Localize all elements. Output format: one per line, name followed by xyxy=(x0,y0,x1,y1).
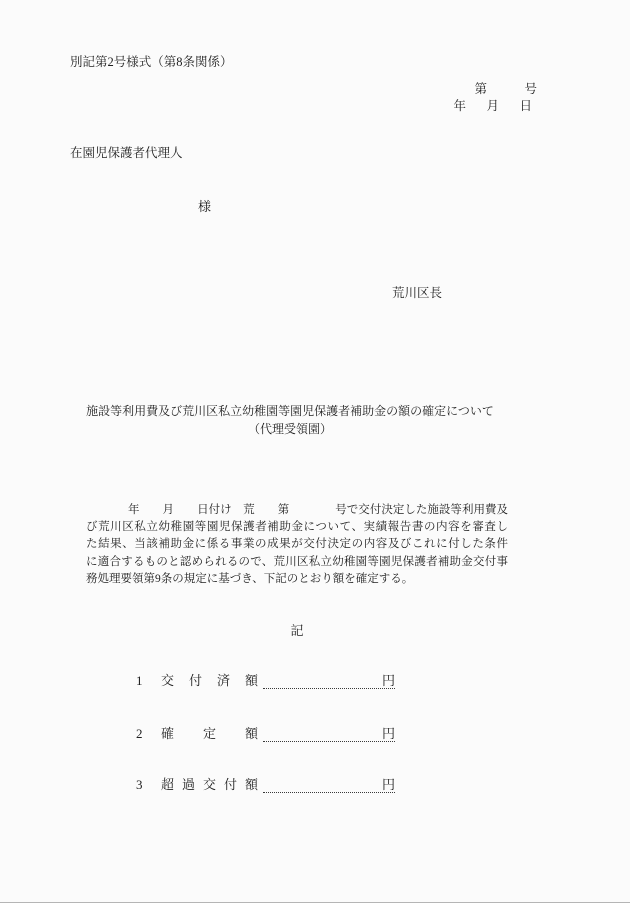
amount-blank-field: 円 xyxy=(263,775,395,793)
item-label: 交付済額 xyxy=(161,674,258,687)
sender-name: 荒川区長 xyxy=(392,287,442,300)
item-number: 1 xyxy=(136,674,143,687)
document-title-line1: 施設等利用費及び荒川区私立幼稚園等園児保護者補助金の額の確定について xyxy=(70,403,510,421)
amount-unit: 円 xyxy=(382,671,395,687)
amount-unit: 円 xyxy=(382,724,395,740)
form-number: 別記第2号様式（第8条関係） xyxy=(70,56,233,69)
record-item-2: 2 確定額 円 xyxy=(0,726,630,744)
record-item-3: 3 超過交付額 円 xyxy=(0,777,630,795)
item-number: 2 xyxy=(136,727,143,740)
document-number-line: 第 号 xyxy=(474,83,537,96)
item-label: 確定額 xyxy=(161,727,258,740)
document-page: 別記第2号様式（第8条関係） 第 号 年 月 日 在園児保護者代理人 様 荒川区… xyxy=(0,0,630,903)
addressee-honorific: 様 xyxy=(198,200,211,213)
item-number: 3 xyxy=(136,778,143,791)
body-line-1: 年 月 日付け 荒 第 号で交付決定した施設等利用費及 xyxy=(86,502,508,519)
date-line: 年 月 日 xyxy=(453,100,536,113)
body-line-5: 務処理要領第9条の規定に基づき、下記のとおり額を確定する。 xyxy=(86,571,508,588)
record-item-1: 1 交付済額 円 xyxy=(0,673,630,691)
body-line-2: び荒川区私立幼稚園等園児保護者補助金について、実績報告書の内容を審査し xyxy=(86,519,508,536)
item-label: 超過交付額 xyxy=(161,778,258,791)
amount-unit: 円 xyxy=(382,775,395,791)
addressee-line: 在園児保護者代理人 xyxy=(70,147,183,160)
amount-blank-field: 円 xyxy=(263,671,395,689)
document-title-line2: （代理受領園） xyxy=(70,421,510,439)
body-line-4: に適合するものと認められるので、荒川区私立幼稚園等園児保護者補助金交付事 xyxy=(86,554,508,571)
record-heading: 記 xyxy=(86,624,508,637)
body-paragraph: 年 月 日付け 荒 第 号で交付決定した施設等利用費及 び荒川区私立幼稚園等園児… xyxy=(86,502,508,588)
amount-blank-field: 円 xyxy=(263,724,395,742)
body-line-3: た結果、当該補助金に係る事業の成果が交付決定の内容及びこれに付した条件 xyxy=(86,536,508,553)
document-title: 施設等利用費及び荒川区私立幼稚園等園児保護者補助金の額の確定について （代理受領… xyxy=(70,403,510,438)
